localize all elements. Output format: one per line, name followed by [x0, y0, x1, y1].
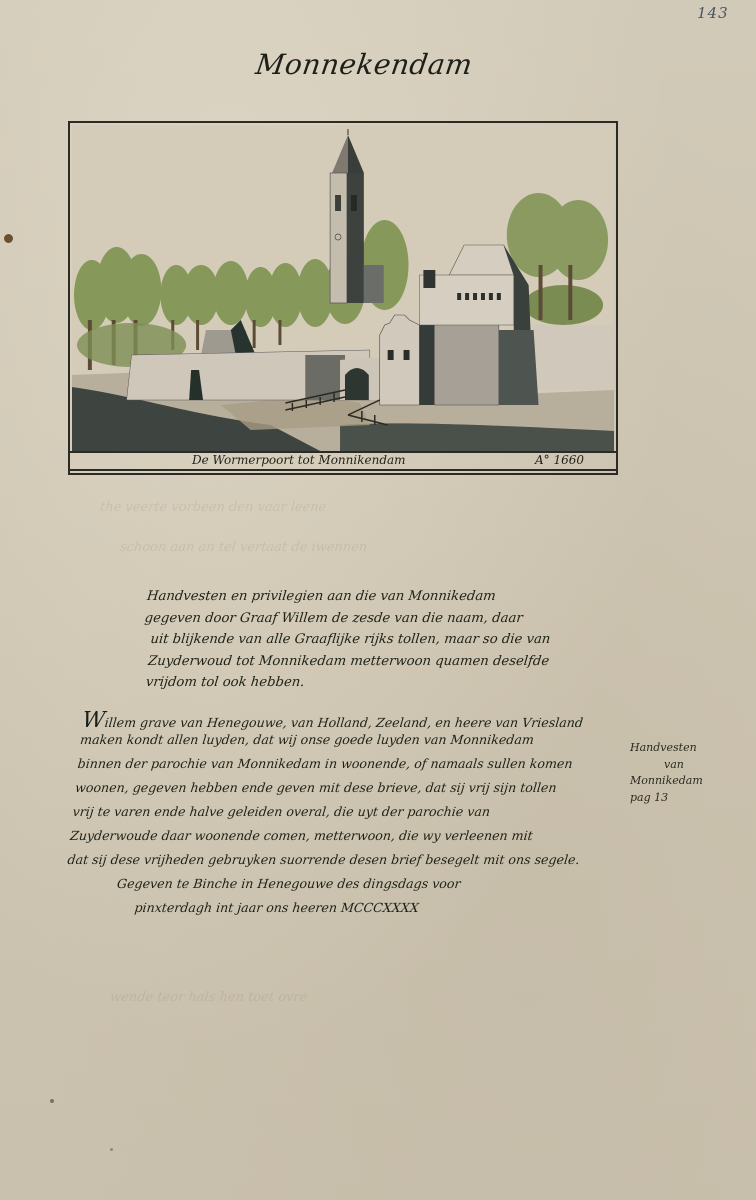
text-line: pinxterdagh int jaar ons heeren MCCCXXXX	[61, 902, 575, 926]
text-line: binnen der parochie van Monnikedam in wo…	[76, 758, 590, 782]
text-line: gegeven door Graaf Willem de zesde van d…	[143, 612, 554, 634]
text-line-body: illem grave van Henegouwe, van Holland, …	[104, 715, 584, 730]
text-line: dat sij dese vrijheden gebruyken suorren…	[66, 854, 580, 878]
margin-note-line: van	[630, 757, 703, 774]
foxing-stain	[50, 1099, 54, 1103]
charter-text: Willem grave van Henegouwe, van Holland,…	[61, 710, 596, 926]
manuscript-page: 143 Monnekendam the veerte vorbeen den v…	[0, 0, 756, 1200]
text-line: uit blijkende van alle Graaflijke rijks …	[141, 633, 552, 655]
text-line: vrij te varen ende halve geleiden overal…	[71, 806, 585, 830]
foxing-stain	[4, 234, 13, 243]
illustration-caption: De Wormerpoort tot Monnikendam	[192, 453, 406, 467]
text-line: Zuyderwoud tot Monnikedam metterwoon qua…	[139, 655, 550, 677]
initial-capital: W	[81, 708, 106, 733]
margin-note-line: pag 13	[630, 790, 703, 807]
illustration-frame: De Wormerpoort tot Monnikendam A° 1660	[68, 121, 618, 475]
margin-note: Handvesten van Monnikedam pag 13	[630, 740, 703, 806]
foxing-stain	[110, 1148, 113, 1151]
heading-paragraph: Handvesten en privilegien aan die van Mo…	[136, 590, 556, 698]
bleed-through-text: wende teor hals hen toet ovre	[109, 990, 308, 1005]
text-line: vrijdom tol ook hebben.	[136, 676, 547, 698]
margin-note-line: Monnikedam	[630, 773, 703, 790]
page-title: Monnekendam	[254, 48, 475, 81]
town-gate-drawing	[72, 125, 614, 451]
margin-note-line: Handvesten	[630, 740, 703, 757]
watercolor-illustration	[72, 125, 614, 451]
illustration-date: A° 1660	[535, 453, 584, 467]
illustration-caption-band: De Wormerpoort tot Monnikendam A° 1660	[70, 451, 616, 471]
text-line: Handvesten en privilegien aan die van Mo…	[145, 590, 556, 612]
text-line: Zuyderwoude daar woonende comen, metterw…	[68, 830, 582, 854]
text-line: maken kondt allen luyden, dat wij onse g…	[78, 734, 592, 758]
bleed-through-text: the veerte vorbeen den vaar leene	[99, 500, 327, 515]
folio-number: 143	[697, 4, 729, 22]
text-line: woonen, gegeven hebben ende geven mit de…	[73, 782, 587, 806]
text-line: Gegeven te Binche in Henegouwe des dings…	[63, 878, 577, 902]
text-line: Willem grave van Henegouwe, van Holland,…	[81, 710, 595, 734]
bleed-through-text: schoon aan an tel vertaat de iwennen	[119, 540, 368, 555]
